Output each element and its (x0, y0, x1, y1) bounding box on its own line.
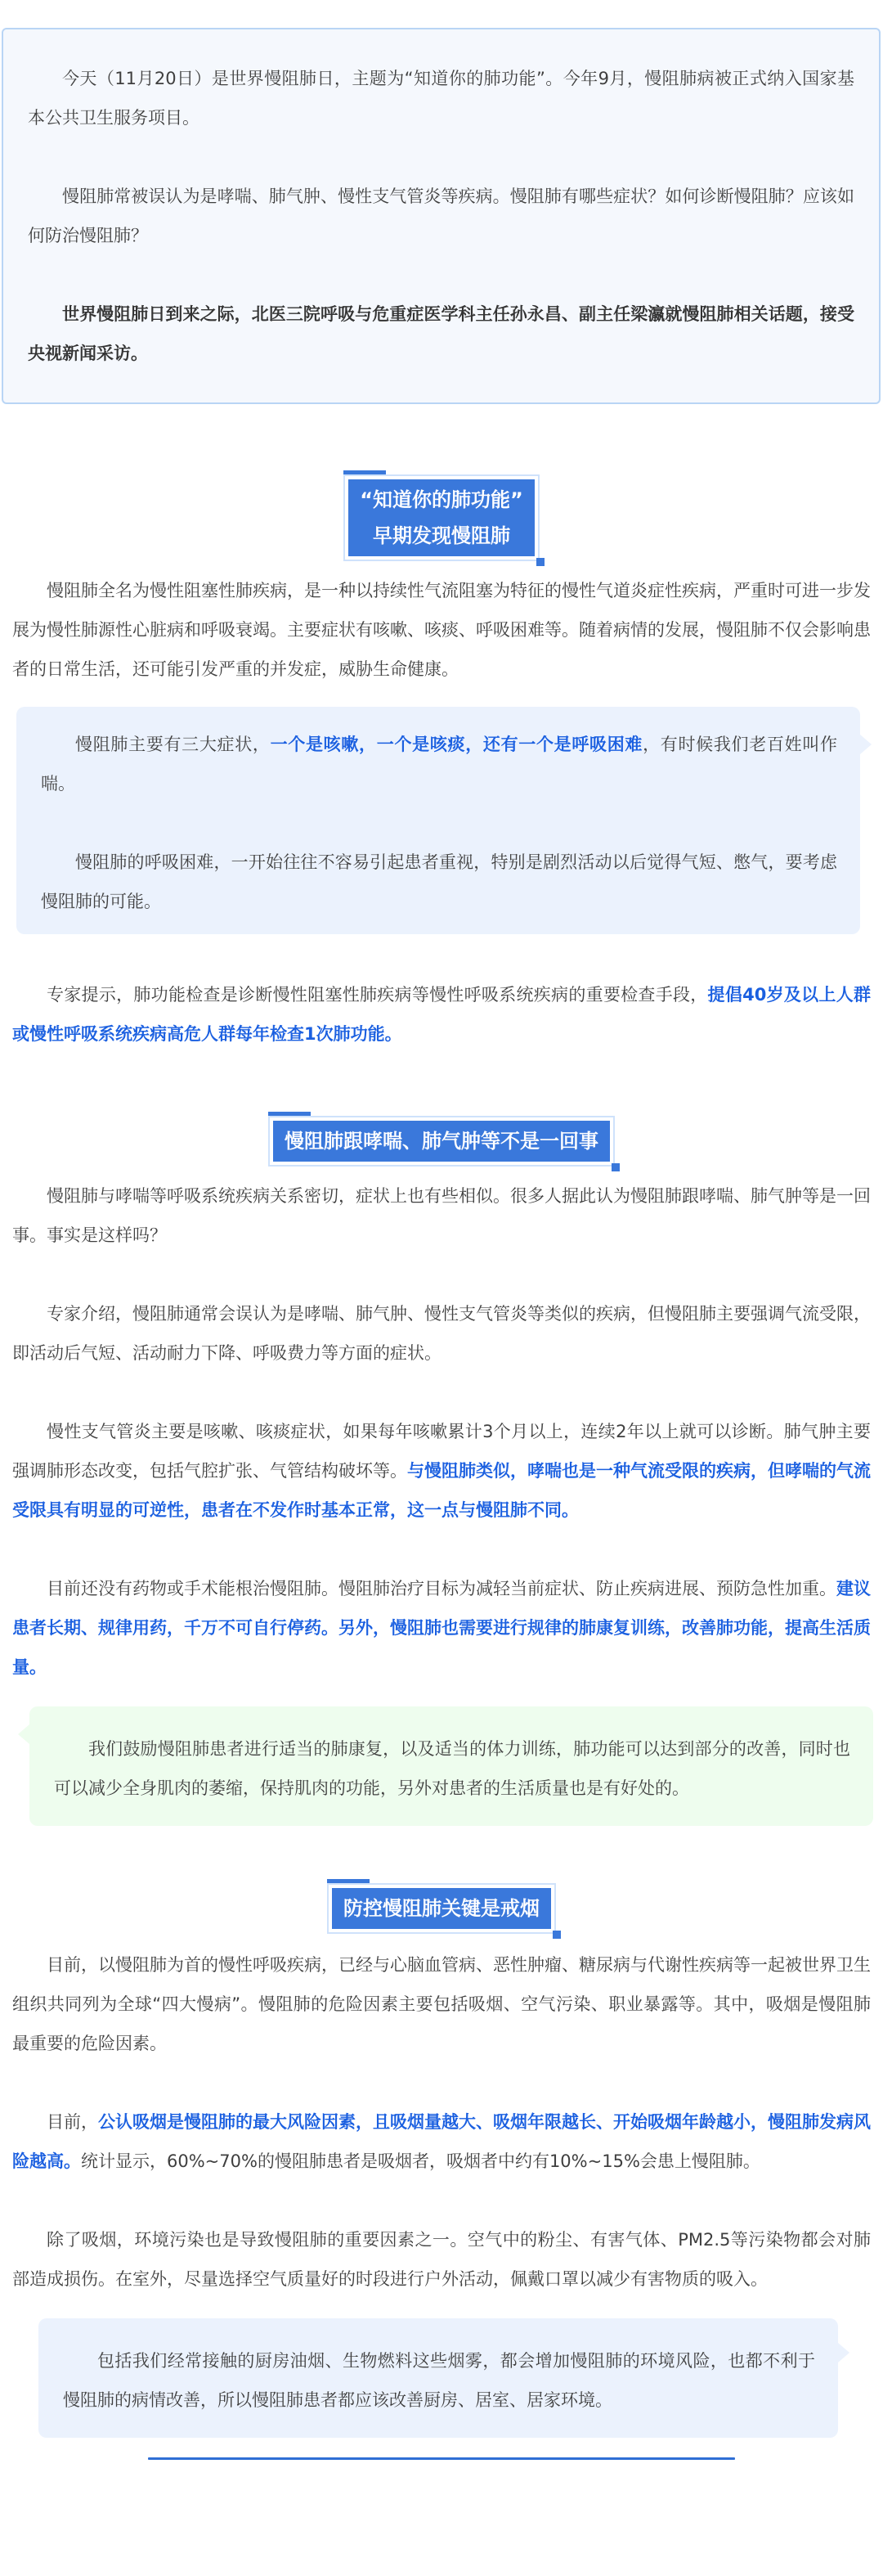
section-2-paragraph-3: 慢性支气管炎主要是咳嗽、咳痰症状，如果每年咳嗽累计3个月以上，连续2年以上就可以… (12, 1412, 871, 1530)
quote-bubble-symptoms: 慢阻肺主要有三大症状，一个是咳嗽，一个是咳痰，还有一个是呼吸困难，有时候我们老百… (16, 707, 860, 934)
section-heading-3: 防控慢阻肺关键是戒烟 (327, 1883, 556, 1934)
heading-accent-square (536, 558, 545, 566)
quote-bubble-rehab: 我们鼓励慢阻肺患者进行适当的肺康复，以及适当的体力训练，肺功能可以达到部分的改善… (29, 1706, 873, 1826)
section-2-paragraph-1: 慢阻肺与哮喘等呼吸系统疾病关系密切，症状上也有些相似。很多人据此认为慢阻肺跟哮喘… (12, 1176, 871, 1255)
paragraph-text: 统计显示，60%~70%的慢阻肺患者是吸烟者，吸烟者中约有10%~15%会患上慢… (81, 2151, 760, 2171)
paragraph-text: 专家提示，肺功能检查是诊断慢性阻塞性肺疾病等慢性呼吸系统疾病的重要检查手段， (47, 985, 708, 1005)
section-heading-1-line-1: “知道你的肺功能” (360, 482, 523, 518)
article: 今天（11月20日）是世界慢阻肺日，主题为“知道你的肺功能”。今年9月，慢阻肺病… (0, 0, 883, 2476)
section-heading-3-text: 防控慢阻肺关键是戒烟 (332, 1888, 551, 1929)
section-heading-2-text: 慢阻肺跟哮喘、肺气肿等不是一回事 (273, 1121, 610, 1162)
quote-paragraph: 我们鼓励慢阻肺患者进行适当的肺康复，以及适当的体力训练，肺功能可以达到部分的改善… (54, 1729, 850, 1808)
quote-bubble-environment: 包括我们经常接触的厨房油烟、生物燃料这些烟雾，都会增加慢阻肺的环境风险，也都不利… (38, 2318, 838, 2438)
section-3-paragraph-1: 目前，以慢阻肺为首的慢性呼吸疾病，已经与心脑血管病、恶性肿瘤、糖尿病与代谢性疾病… (12, 1945, 871, 2063)
section-heading-1: “知道你的肺功能” 早期发现慢阻肺 (343, 474, 540, 561)
section-1-paragraph-2: 专家提示，肺功能检查是诊断慢性阻塞性肺疾病等慢性呼吸系统疾病的重要检查手段，提倡… (12, 975, 871, 1054)
section-3-paragraph-3: 除了吸烟，环境污染也是导致慢阻肺的重要因素之一。空气中的粉尘、有害气体、PM2.… (12, 2220, 871, 2299)
intro-paragraph-2: 慢阻肺常被误认为是哮喘、肺气肿、慢性支气管炎等疾病。慢阻肺有哪些症状？如何诊断慢… (28, 177, 854, 255)
section-heading-2: 慢阻肺跟哮喘、肺气肿等不是一回事 (268, 1116, 615, 1167)
section-1-paragraph-1: 慢阻肺全名为慢性阻塞性肺疾病，是一种以持续性气流阻塞为特征的慢性气道炎症性疾病，… (12, 571, 871, 689)
heading-accent-square (612, 1163, 620, 1171)
heading-accent-bar (268, 1112, 311, 1116)
bubble-tail (838, 2343, 849, 2362)
intro-paragraph-1: 今天（11月20日）是世界慢阻肺日，主题为“知道你的肺功能”。今年9月，慢阻肺病… (28, 59, 854, 137)
quote-text: 慢阻肺主要有三大症状， (75, 735, 271, 754)
quote-paragraph: 慢阻肺主要有三大症状，一个是咳嗽，一个是咳痰，还有一个是呼吸困难，有时候我们老百… (41, 725, 837, 803)
heading-accent-bar (343, 470, 386, 474)
paragraph-text: 目前还没有药物或手术能根治慢阻肺。慢阻肺治疗目标为减轻当前症状、防止疾病进展、预… (47, 1579, 836, 1598)
section-heading-1-line-2: 早期发现慢阻肺 (360, 518, 523, 554)
paragraph-text: 目前， (47, 2112, 98, 2132)
section-2-paragraph-4: 目前还没有药物或手术能根治慢阻肺。慢阻肺治疗目标为减轻当前症状、防止疾病进展、预… (12, 1569, 871, 1687)
intro-paragraph-3: 世界慢阻肺日到来之际，北医三院呼吸与危重症医学科主任孙永昌、副主任梁瀛就慢阻肺相… (28, 294, 854, 373)
heading-accent-bar (327, 1879, 370, 1883)
bubble-tail (18, 1724, 29, 1744)
bottom-divider (148, 2457, 735, 2460)
heading-accent-square (553, 1931, 561, 1939)
section-2-paragraph-2: 专家介绍，慢阻肺通常会误认为是哮喘、肺气肿、慢性支气管炎等类似的疾病，但慢阻肺主… (12, 1294, 871, 1373)
quote-paragraph: 包括我们经常接触的厨房油烟、生物燃料这些烟雾，都会增加慢阻肺的环境风险，也都不利… (63, 2341, 815, 2420)
section-3-paragraph-2: 目前，公认吸烟是慢阻肺的最大风险因素，且吸烟量越大、吸烟年限越长、开始吸烟年龄越… (12, 2102, 871, 2181)
intro-box: 今天（11月20日）是世界慢阻肺日，主题为“知道你的肺功能”。今年9月，慢阻肺病… (2, 28, 881, 404)
quote-highlight: 一个是咳嗽，一个是咳痰，还有一个是呼吸困难 (271, 735, 643, 754)
quote-paragraph-2: 慢阻肺的呼吸困难，一开始往往不容易引起患者重视，特别是剧烈活动以后觉得气短、憋气… (41, 843, 837, 921)
bubble-tail (860, 735, 872, 754)
